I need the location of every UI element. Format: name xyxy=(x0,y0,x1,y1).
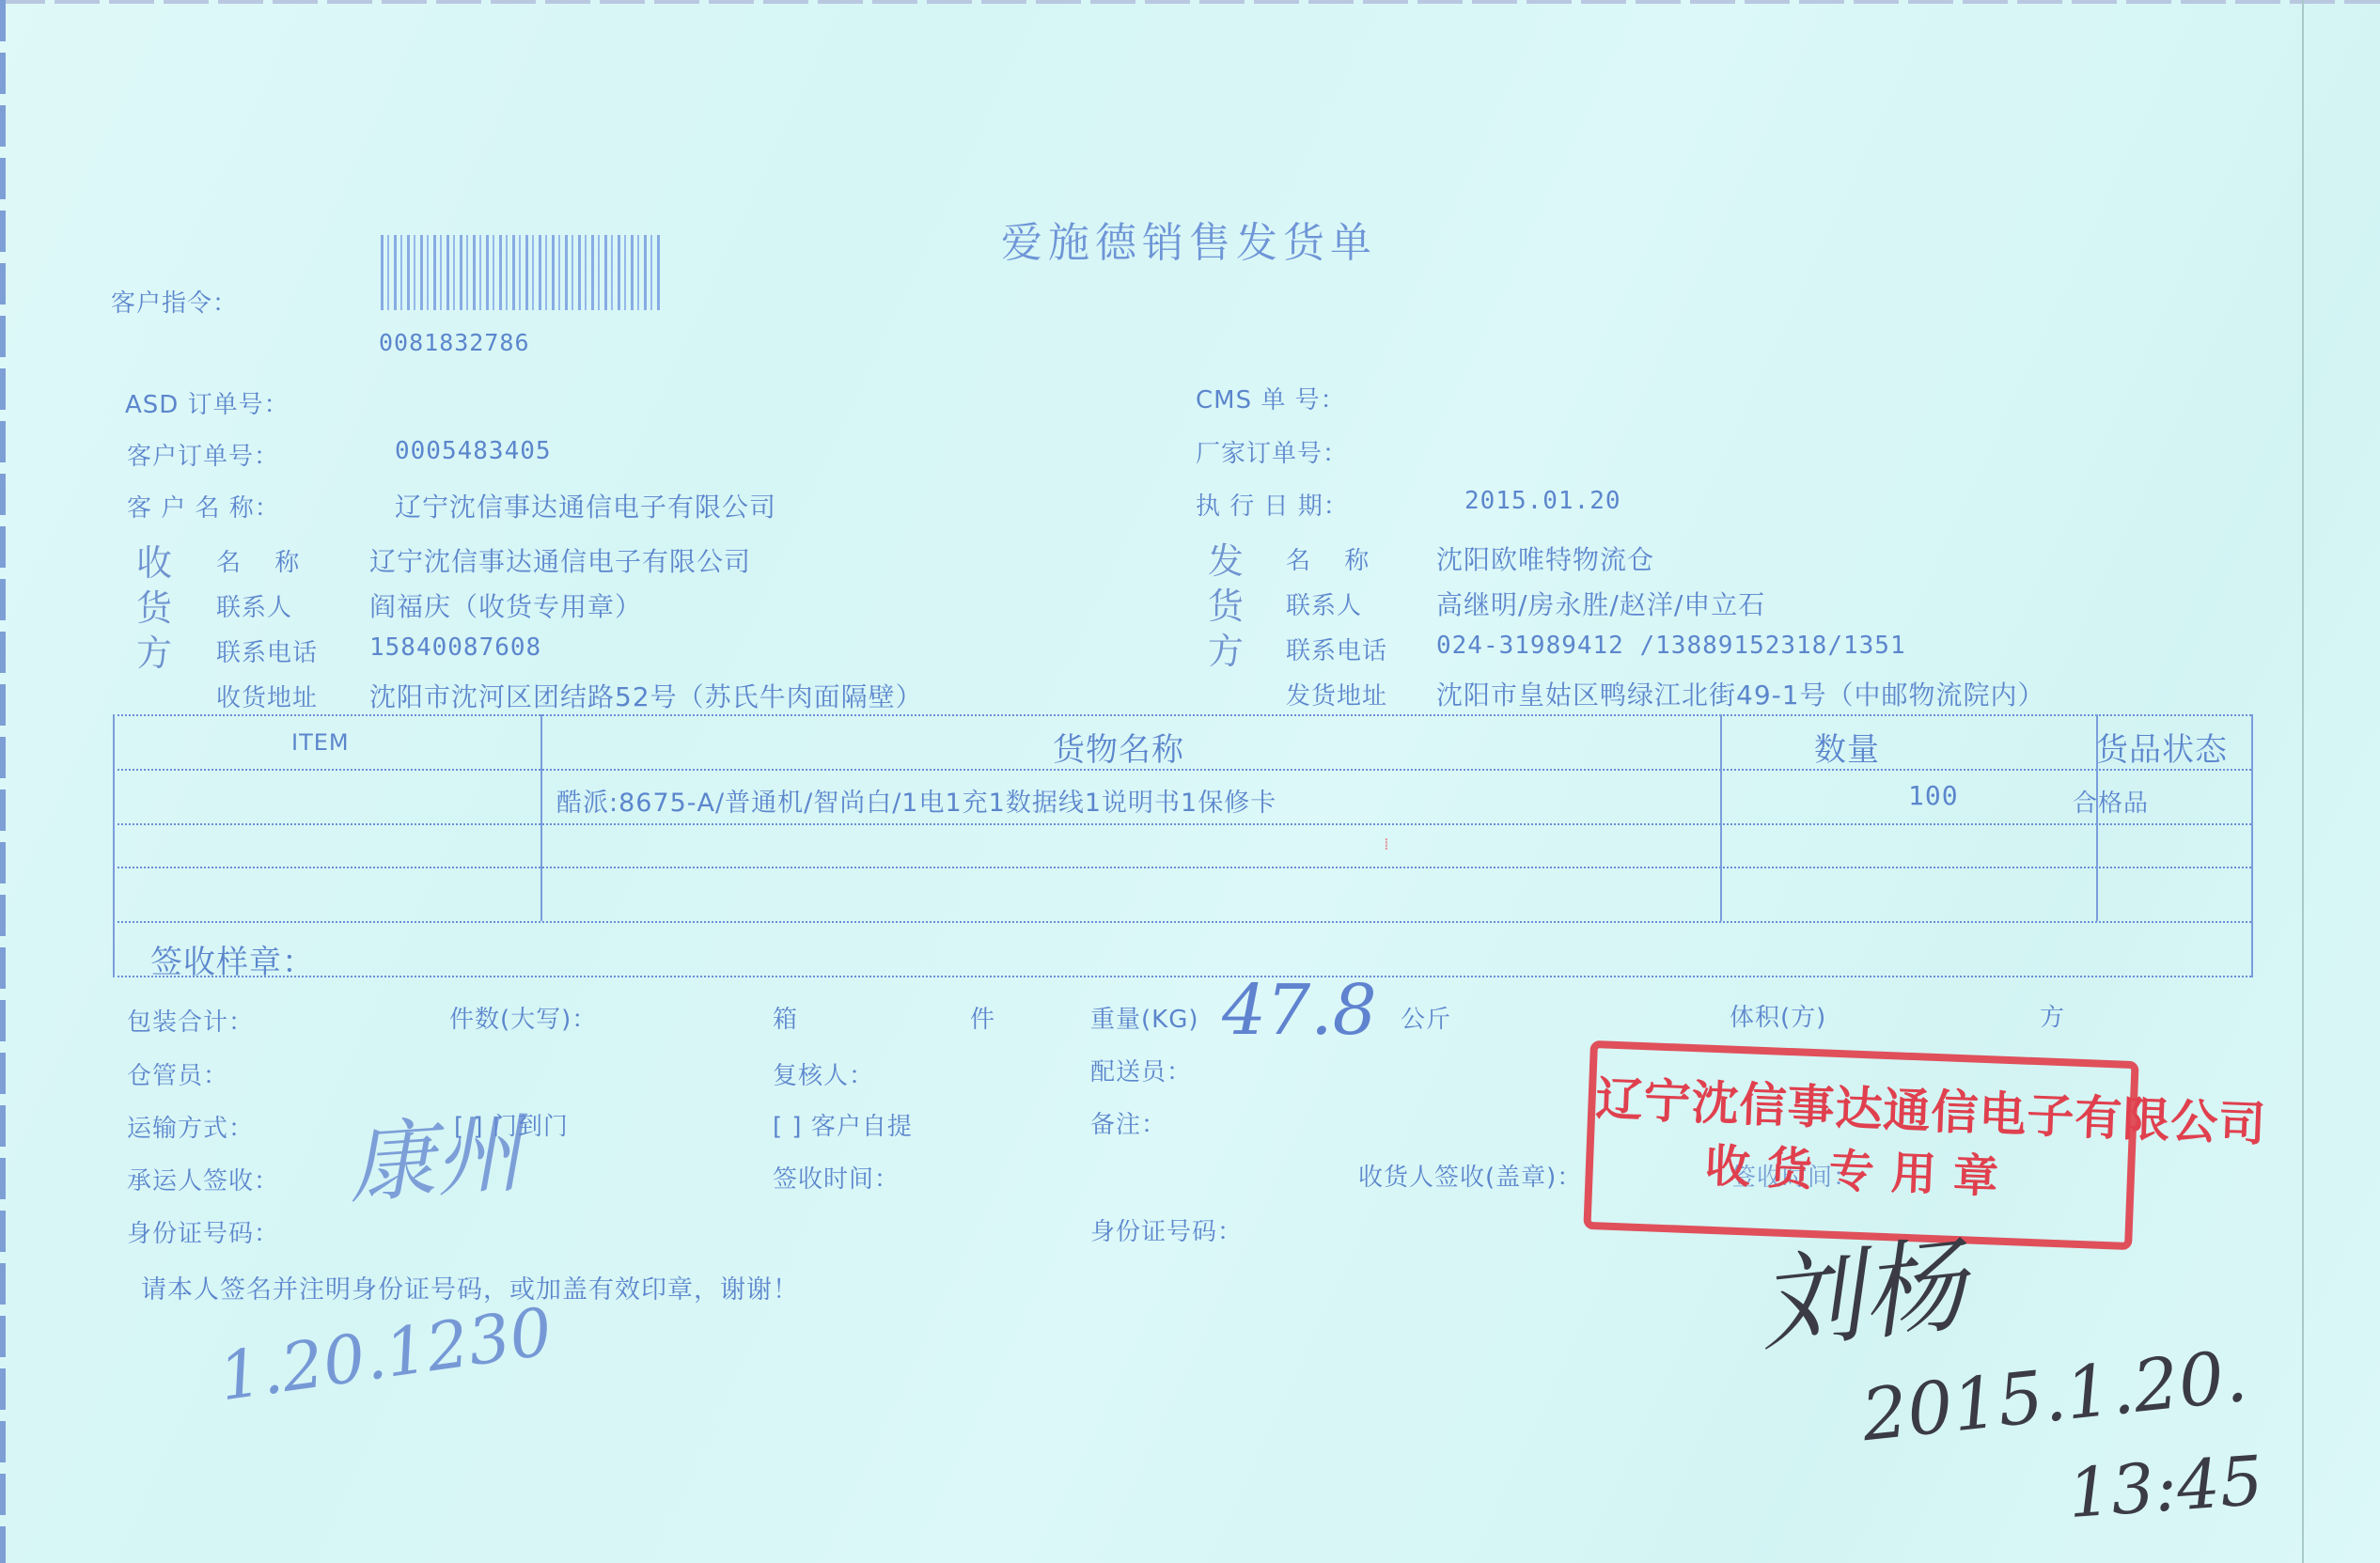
row-goods-name: 酷派:8675-A/普通机/智尚白/1电1充1数据线1说明书1保修卡 xyxy=(556,782,1276,819)
red-ink-mark: ⁞ xyxy=(1384,835,1393,891)
receiver-contact-label: 联系人 xyxy=(216,588,292,623)
receiver-name-value: 辽宁沈信事达通信电子有限公司 xyxy=(369,541,751,579)
receiver-side-char-2: 货 xyxy=(136,579,173,631)
sign-sample-label: 签收样章： xyxy=(150,936,315,982)
shipper-phone-value: 024-31989412 /13889152318/1351 xyxy=(1436,632,1906,660)
receiver-sign-clock-time: 13:45 xyxy=(2065,1441,2265,1533)
shipper-contact-label: 联系人 xyxy=(1286,586,1362,621)
factory-order-label: 厂家订单号： xyxy=(1196,434,1348,469)
delivery-person-label: 配送员： xyxy=(1090,1053,1192,1087)
goods-table: ITEM 货物名称 数量 货品状态 酷派:8675-A/普通机/智尚白/1电1充… xyxy=(113,714,2251,977)
carrier-sign-label: 承运人签收： xyxy=(127,1162,279,1196)
transport-method-label: 运输方式： xyxy=(127,1109,254,1144)
perforation-left xyxy=(0,0,6,1563)
piece-label: 件 xyxy=(970,1000,995,1035)
exec-date-value: 2015.01.20 xyxy=(1464,487,1621,515)
shipper-side-char-1: 发 xyxy=(1208,532,1245,584)
row-quantity: 100 xyxy=(1908,780,1959,811)
id-number-label: 身份证号码： xyxy=(127,1214,279,1249)
customer-instruction-label: 客户指令： xyxy=(111,284,238,319)
exec-date-label: 执 行 日 期： xyxy=(1196,487,1349,522)
pieces-label: 件数(大写)： xyxy=(449,1000,597,1035)
perforation-top xyxy=(0,0,2380,4)
shipper-phone-label: 联系电话 xyxy=(1286,632,1387,666)
shipper-address-label: 发货地址 xyxy=(1286,677,1387,711)
package-total-label: 包装合计： xyxy=(127,1003,254,1038)
receiver-contact-value: 阎福庆（收货专用章） xyxy=(369,586,642,624)
carrier-signature: 康州 xyxy=(344,1085,525,1221)
cms-label: CMS 单 号： xyxy=(1196,381,1346,415)
volume-label: 体积(方) xyxy=(1730,998,1826,1033)
asd-order-label: ASD 订单号： xyxy=(125,385,290,420)
volume-unit: 方 xyxy=(2040,998,2065,1033)
customer-name-label: 客 户 名 称： xyxy=(127,489,280,524)
sign-time-label: 签收时间： xyxy=(773,1160,900,1195)
shipper-name-label: 名 称 xyxy=(1286,541,1382,576)
shipper-name-value: 沈阳欧唯特物流仓 xyxy=(1436,539,1654,577)
receiver-sign-label: 收货人签收(盖章)： xyxy=(1358,1158,1582,1193)
row-status: 合格品 xyxy=(2073,784,2149,819)
shipper-contact-value: 高继明/房永胜/赵洋/申立石 xyxy=(1436,585,1765,622)
weight-handwritten-value: 47.8 xyxy=(1222,970,1377,1051)
barcode xyxy=(381,235,663,310)
signature-notice: 请本人签名并注明身份证号码，或加盖有效印章，谢谢！ xyxy=(141,1269,799,1305)
shipper-address-value: 沈阳市皇姑区鸭绿江北街49-1号（中邮物流院内） xyxy=(1436,675,2045,712)
table-header-item: ITEM xyxy=(291,729,350,756)
box-label: 箱 xyxy=(773,1000,798,1035)
self-pickup-checkbox[interactable]: [ ] 客户自提 xyxy=(773,1107,913,1142)
customer-order-label: 客户订单号： xyxy=(127,437,279,472)
receiver-phone-value: 15840087608 xyxy=(369,633,541,662)
receiver-signature: 刘杨 xyxy=(1750,1202,1971,1371)
document-title: 爱施德销售发货单 xyxy=(1001,209,1377,269)
receiver-side-char-1: 收 xyxy=(136,534,173,586)
weight-unit: 公斤 xyxy=(1401,1000,1451,1035)
receiver-phone-label: 联系电话 xyxy=(216,633,318,668)
table-header-status: 货品状态 xyxy=(2096,724,2228,770)
receiver-name-label: 名 称 xyxy=(216,543,312,578)
barcode-number: 0081832786 xyxy=(379,329,530,356)
receiver-address-label: 收货地址 xyxy=(216,679,318,713)
customer-order-value: 0005483405 xyxy=(395,437,552,465)
customer-name-value: 辽宁沈信事达通信电子有限公司 xyxy=(395,487,776,524)
warehouse-keeper-label: 仓管员： xyxy=(127,1056,228,1091)
table-header-goods-name: 货物名称 xyxy=(1053,724,1184,770)
shipper-side-char-2: 货 xyxy=(1208,577,1245,629)
receiver-address-value: 沈阳市沈河区团结路52号（苏氏牛肉面隔壁） xyxy=(369,677,923,714)
reviewer-label: 复核人： xyxy=(773,1056,874,1091)
shipper-side-char-3: 方 xyxy=(1208,622,1245,674)
remarks-label: 备注： xyxy=(1090,1105,1167,1140)
id-number-label-2: 身份证号码： xyxy=(1090,1212,1243,1247)
table-header-quantity: 数量 xyxy=(1814,724,1880,770)
paper-fold-line xyxy=(2302,0,2304,1563)
weight-label: 重量(KG) xyxy=(1090,1000,1199,1035)
receiver-side-char-3: 方 xyxy=(136,624,173,676)
